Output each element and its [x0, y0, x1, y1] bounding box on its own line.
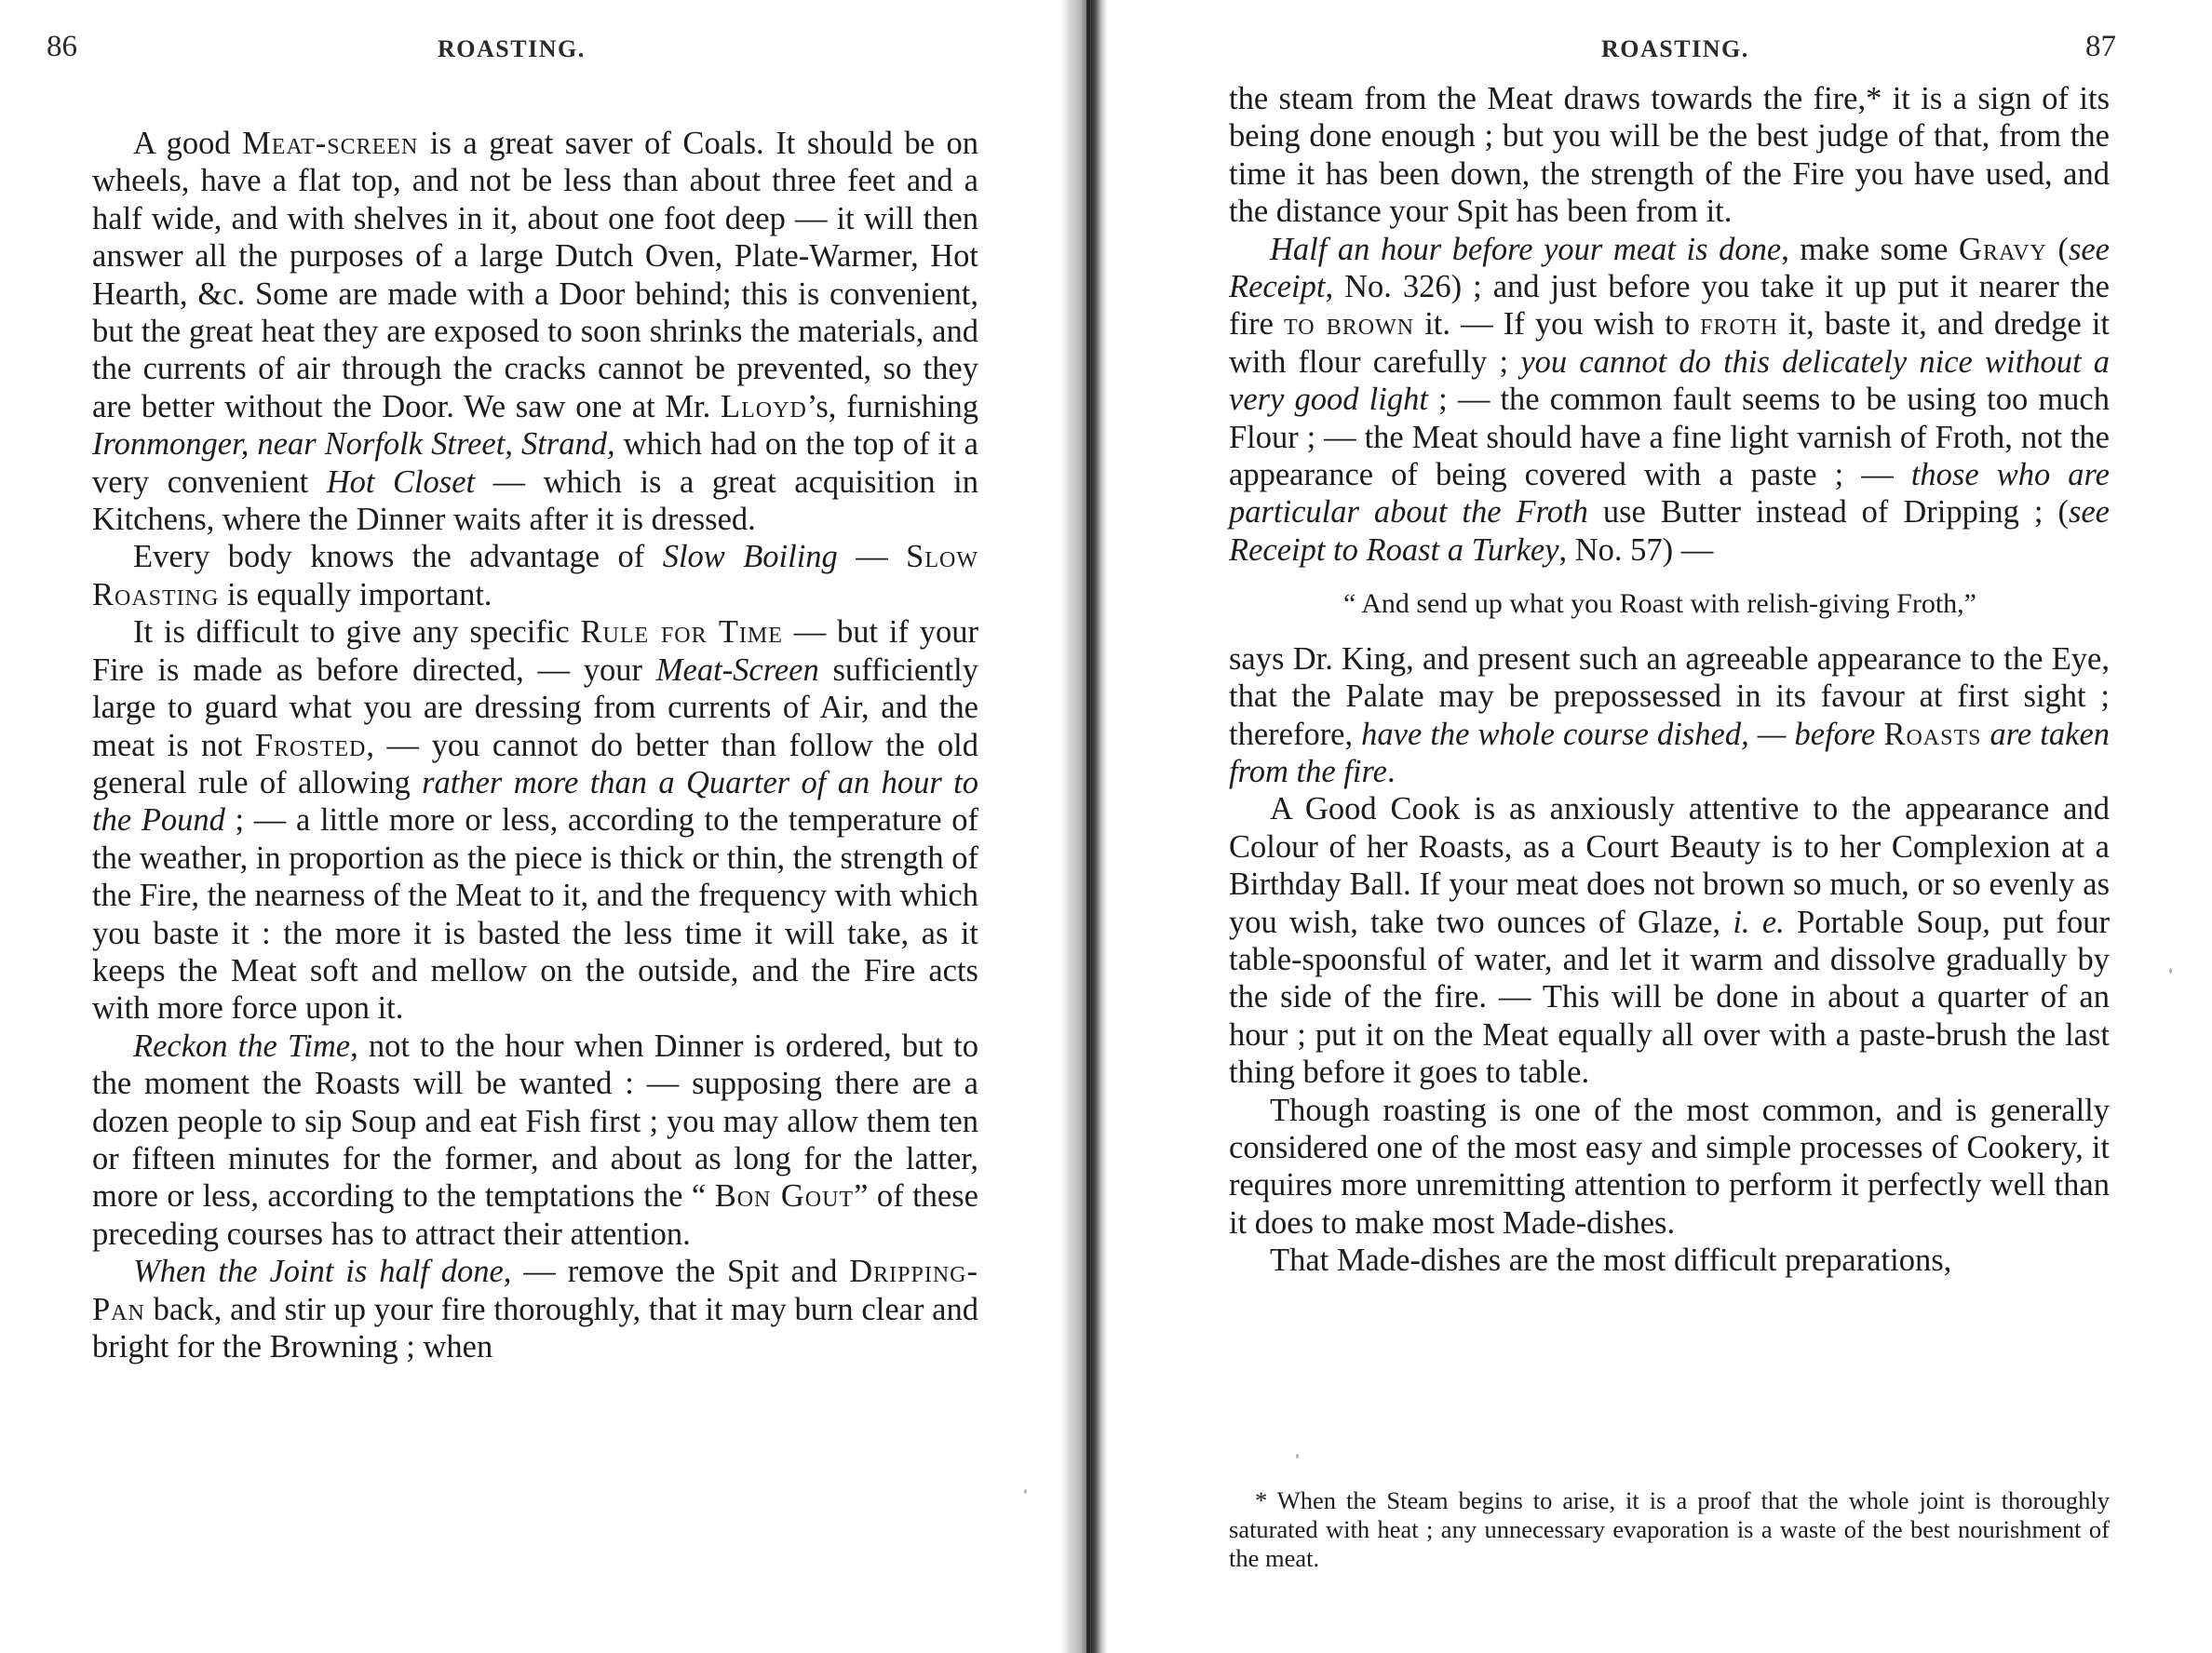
left-page: 86 ROASTING. A good Meat-screen is a gre…	[0, 0, 1071, 1653]
italic-text: Meat-Screen	[656, 652, 819, 688]
small-caps-text: Lloyd	[721, 389, 807, 424]
italic-text: you cannot do this delicately nice witho…	[1229, 344, 2110, 417]
small-caps-text: Rule for Time	[581, 614, 783, 650]
page-number-right: 87	[2085, 30, 2116, 64]
paragraph: It is difficult to give any specific Rul…	[92, 613, 978, 1027]
paragraph: That Made-dishes are the most difficult …	[1229, 1242, 2110, 1279]
paragraph: A good Meat-screen is a great saver of C…	[92, 125, 978, 538]
scan-speck	[1024, 1489, 1027, 1494]
italic-text: Slow Boiling	[663, 539, 838, 574]
scan-speck	[2169, 968, 2172, 974]
small-caps-text: Gravy	[1959, 232, 2047, 267]
small-caps-text: Bon Gout	[715, 1178, 854, 1214]
body-text-right: the steam from the Meat draws towards th…	[1229, 80, 2110, 1280]
small-caps-text: Roasts	[1883, 717, 1981, 752]
small-caps-text: Frosted	[255, 728, 367, 763]
paragraph: Every body knows the advantage of Slow B…	[92, 538, 978, 613]
footnote-text: * When the Steam begins to arise, it is …	[1229, 1486, 2110, 1573]
right-page: ROASTING. 87 the steam from the Meat dra…	[1108, 0, 2212, 1653]
italic-text: i. e.	[1733, 905, 1784, 940]
italic-text: Half an hour before your meat is done	[1270, 232, 1781, 267]
small-caps-text: to brown	[1284, 306, 1414, 342]
italic-text: When the Joint is half done,	[133, 1254, 511, 1289]
small-caps-text: Meat-screen	[242, 126, 418, 161]
small-caps-text: Slow Roasting	[92, 539, 978, 611]
running-head-right: ROASTING.	[1601, 35, 1749, 63]
paragraph: Half an hour before your meat is done, m…	[1229, 231, 2110, 570]
paragraph: Though roasting is one of the most commo…	[1229, 1092, 2110, 1243]
italic-text: Hot Closet	[327, 464, 475, 500]
small-caps-text: froth	[1700, 306, 1778, 342]
paragraph: Reckon the Time, not to the hour when Di…	[92, 1028, 978, 1253]
running-head-left: ROASTING.	[438, 35, 586, 63]
footnote: * When the Steam begins to arise, it is …	[1229, 1486, 2110, 1573]
block-quote: “ And send up what you Roast with relish…	[1229, 585, 2110, 623]
paragraph: says Dr. King, and present such an agree…	[1229, 640, 2110, 791]
italic-text: have the whole course dished, — before	[1361, 717, 1875, 752]
page-number-left: 86	[47, 30, 77, 64]
paragraph: the steam from the Meat draws towards th…	[1229, 80, 2110, 231]
book-spine-gutter	[1061, 0, 1108, 1653]
scan-speck	[1296, 1454, 1299, 1458]
italic-text: rather more than a Quarter of an hour to…	[92, 765, 978, 838]
italic-text: those who are particular about the Froth	[1229, 457, 2110, 530]
paragraph: When the Joint is half done, — remove th…	[92, 1253, 978, 1365]
italic-text: Ironmonger, near Norfolk Street, Strand,	[92, 426, 615, 462]
italic-text: Reckon the Time	[133, 1028, 350, 1064]
body-text-left: A good Meat-screen is a great saver of C…	[92, 125, 978, 1365]
paragraph: A Good Cook is as anxiously attentive to…	[1229, 790, 2110, 1091]
